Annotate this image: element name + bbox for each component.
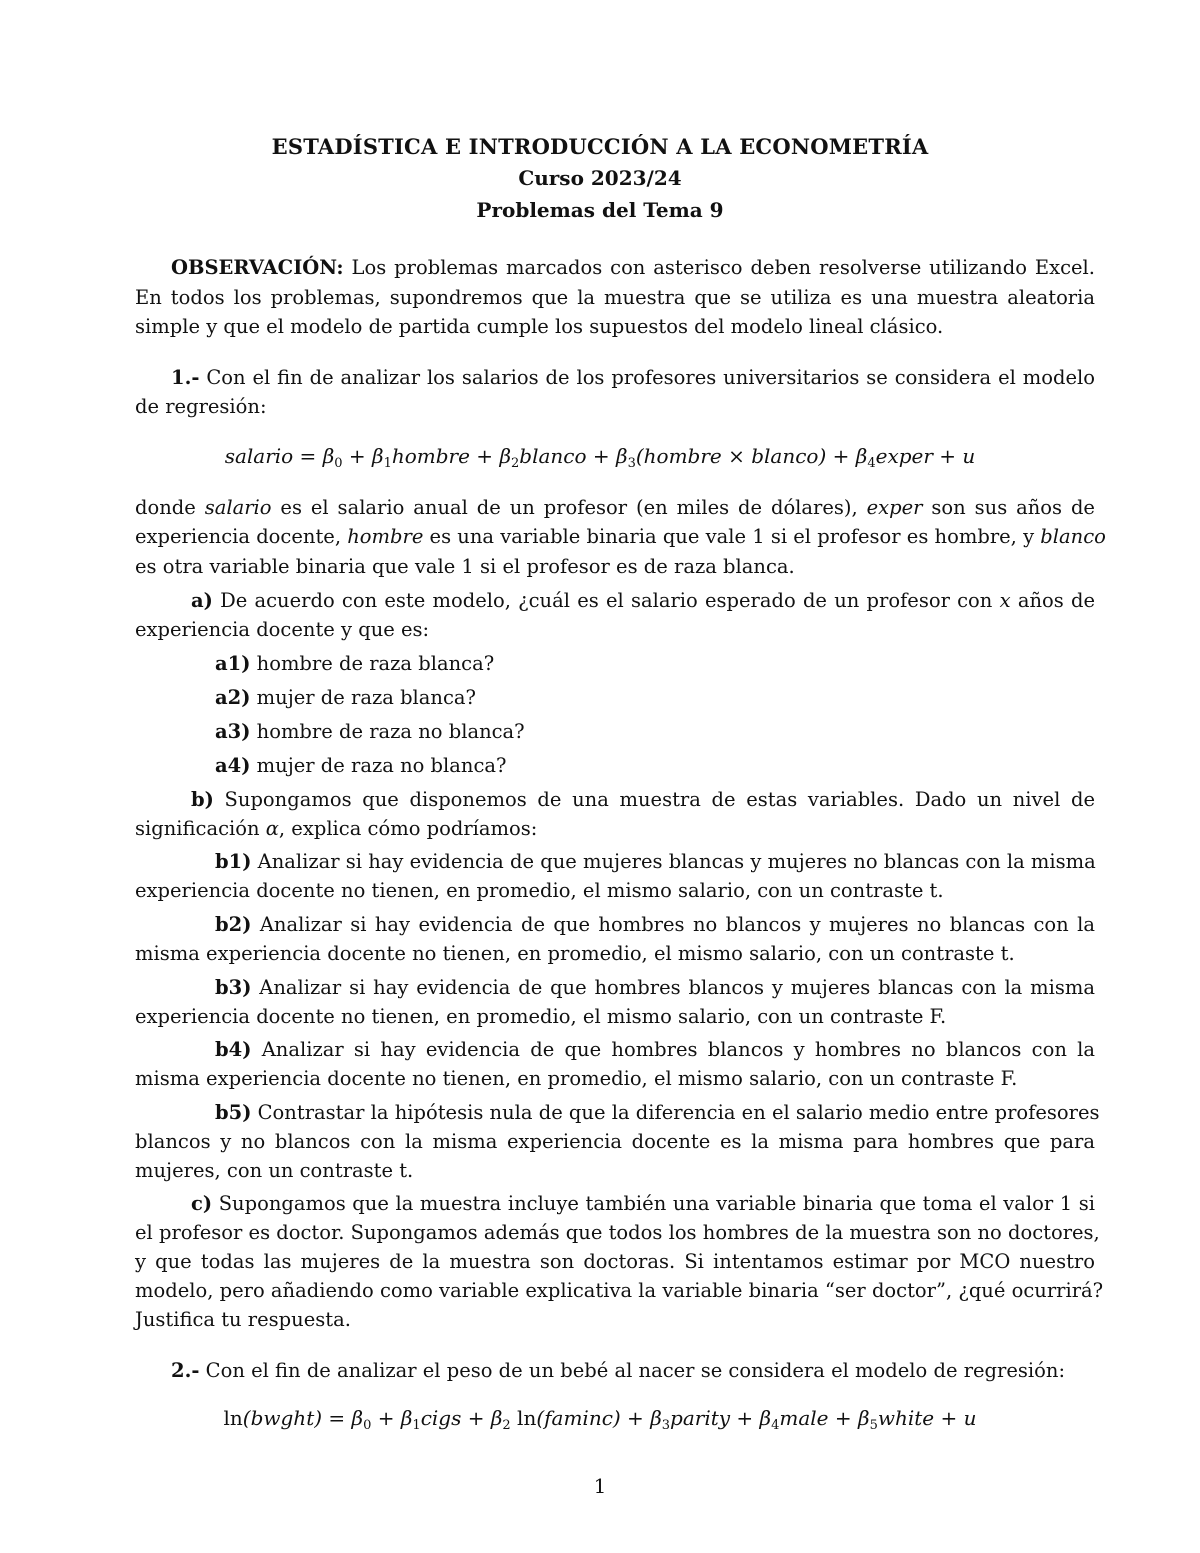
question-b3-2: experiencia docente no tienen, en promed… [135,1003,1095,1031]
question-b5: b5) Contrastar la hipótesis nula de que … [135,1099,1095,1127]
course-label: Curso 2023/24 [0,166,1200,190]
question-c: c) Supongamos que la muestra incluye tam… [135,1190,1095,1218]
question-b: b) Supongamos que disponemos de una mues… [135,786,1095,814]
question-b2-2: misma experiencia docente no tienen, en … [135,940,1095,968]
problem-1-desc-1: donde salario es el salario anual de un … [135,494,1095,522]
question-b1-2: experiencia docente no tienen, en promed… [135,877,1095,905]
question-b5-2: blancos y no blancos con la misma experi… [135,1128,1095,1156]
observation-label: OBSERVACIÓN: [171,256,344,279]
page-number: 1 [0,1474,1200,1498]
question-b-2: significación α, explica cómo podríamos: [135,815,1095,843]
problem-1-intro-2: de regresión: [135,393,1095,421]
question-b4: b4) Analizar si hay evidencia de que hom… [135,1036,1095,1064]
problem-1-equation: salario = β0 + β1hombre + β2blanco + β3(… [0,444,1200,471]
problem-2-intro: 2.- Con el fin de analizar el peso de un… [135,1357,1095,1385]
question-c-2: el profesor es doctor. Supongamos además… [135,1219,1095,1247]
problem-1-intro: 1.- Con el fin de analizar los salarios … [135,364,1095,392]
observation-line-1: OBSERVACIÓN: Los problemas marcados con … [135,254,1095,282]
question-a3: a3) hombre de raza no blanca? [215,718,1175,746]
observation-line-2: En todos los problemas, supondremos que … [135,284,1095,312]
question-a1: a1) hombre de raza blanca? [215,650,1175,678]
question-b1: b1) Analizar si hay evidencia de que muj… [135,848,1095,876]
question-b2: b2) Analizar si hay evidencia de que hom… [135,911,1095,939]
question-a: a) De acuerdo con este modelo, ¿cuál es … [135,587,1095,615]
question-c-5: Justifica tu respuesta. [135,1306,1095,1334]
question-c-4: modelo, pero añadiendo como variable exp… [135,1277,1095,1305]
problem-1-number: 1.- [171,366,199,389]
question-c-3: y que todas las mujeres de la muestra so… [135,1248,1095,1276]
question-b3: b3) Analizar si hay evidencia de que hom… [135,974,1095,1002]
problem-set-title: Problemas del Tema 9 [0,198,1200,222]
observation-line-3: simple y que el modelo de partida cumple… [135,313,1095,341]
question-b4-2: misma experiencia docente no tienen, en … [135,1065,1095,1093]
problem-1-desc-3: es otra variable binaria que vale 1 si e… [135,553,1095,581]
problem-1-desc-2: experiencia docente, hombre es una varia… [135,523,1095,551]
problem-2-equation: ln(bwght) = β0 + β1cigs + β2 ln(faminc) … [0,1406,1200,1433]
problem-2-number: 2.- [171,1359,199,1382]
question-b5-3: mujeres, con un contraste t. [135,1157,1095,1185]
document-page: ESTADÍSTICA E INTRODUCCIÓN A LA ECONOMET… [0,0,1200,1553]
question-a4: a4) mujer de raza no blanca? [215,752,1175,780]
question-a-2: experiencia docente y que es: [135,616,1095,644]
document-title: ESTADÍSTICA E INTRODUCCIÓN A LA ECONOMET… [0,134,1200,159]
question-a2: a2) mujer de raza blanca? [215,684,1175,712]
